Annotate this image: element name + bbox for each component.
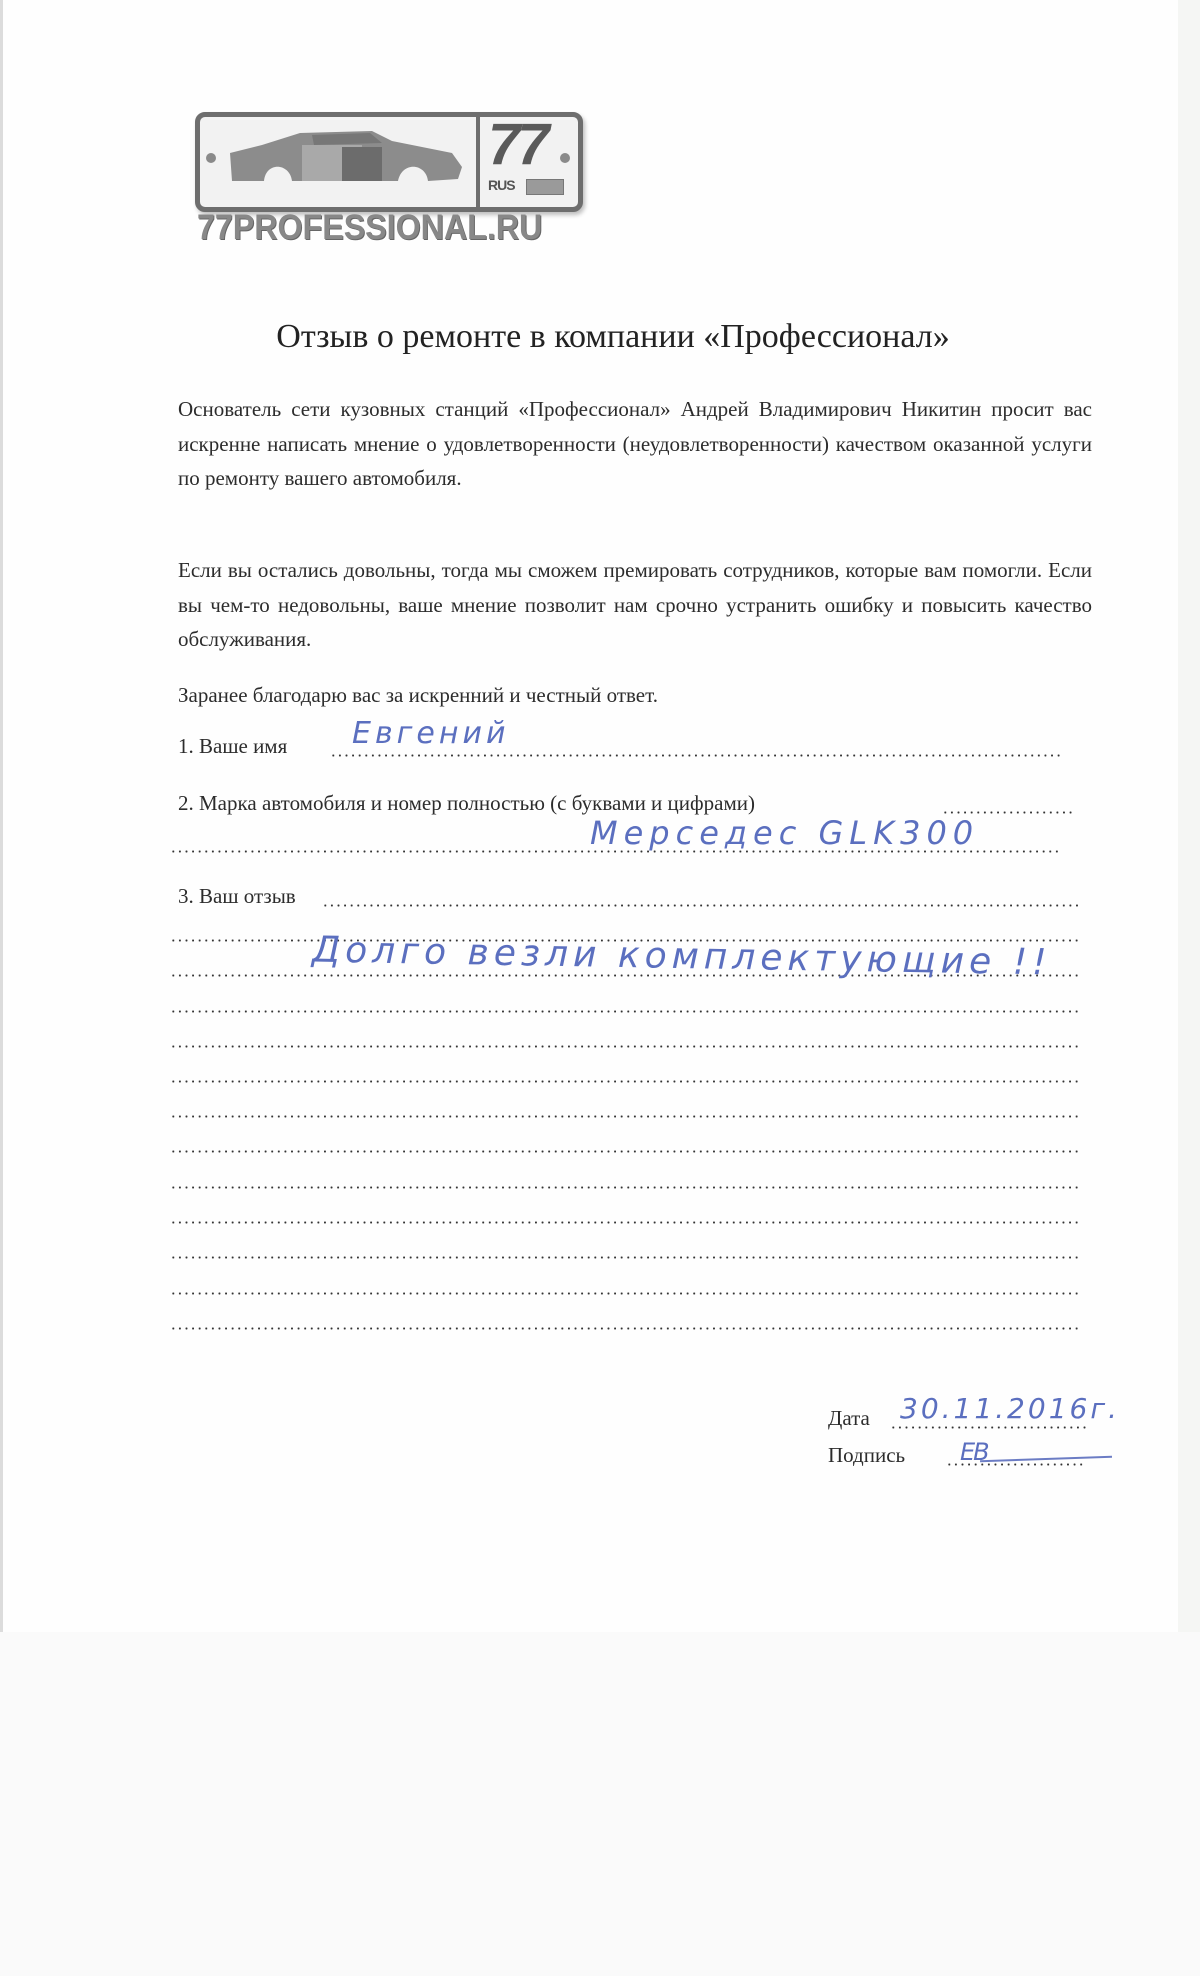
- review-field-dots: [322, 904, 1082, 907]
- name-label: 1. Ваше имя: [178, 734, 287, 759]
- date-handwritten-value: 30.11.2016г.: [900, 1392, 1120, 1425]
- plate-divider: [476, 117, 480, 207]
- logo-site-text: 77PROFESSIONAL.RU: [193, 208, 546, 248]
- plate-number: 77: [488, 111, 547, 178]
- document-title: Отзыв о ремонте в компании «Профессионал…: [0, 318, 1200, 356]
- review-line-5: [170, 1080, 1082, 1083]
- plate-bolt-icon: [206, 153, 216, 163]
- signature-handwritten: ЕВ: [960, 1438, 988, 1466]
- review-line-8: [170, 1186, 1082, 1189]
- plate-bolt-icon: [560, 153, 570, 163]
- plate-region: RUS: [488, 177, 515, 193]
- name-field-dots: [330, 754, 1062, 757]
- review-line-11: [170, 1292, 1082, 1295]
- motivation-paragraph: Если вы остались довольны, тогда мы смож…: [178, 553, 1092, 657]
- license-plate-logo: 77 RUS: [195, 112, 583, 212]
- car-silhouette-icon: [222, 123, 472, 195]
- car-handwritten-value: Мерседес GLK300: [590, 814, 979, 852]
- review-line-10: [170, 1256, 1082, 1259]
- name-handwritten-value: Евгений: [352, 716, 509, 751]
- review-line-4: [170, 1045, 1082, 1048]
- review-line-3: [170, 1010, 1082, 1013]
- review-line-12: [170, 1327, 1082, 1330]
- signature-label: Подпись: [828, 1443, 905, 1468]
- date-field-dots: [890, 1426, 1088, 1429]
- intro-paragraph: Основатель сети кузовных станций «Профес…: [178, 392, 1092, 496]
- car-label: 2. Марка автомобиля и номер полностью (с…: [178, 791, 755, 816]
- thanks-paragraph: Заранее благодарю вас за искренний и чес…: [178, 678, 1092, 713]
- company-logo: 77 RUS 77PROFESSIONAL.RU: [193, 112, 583, 252]
- review-line-9: [170, 1221, 1082, 1224]
- page-edge: [1178, 0, 1200, 1632]
- review-label: 3. Ваш отзыв: [178, 884, 296, 909]
- review-line-7: [170, 1150, 1082, 1153]
- date-label: Дата: [828, 1406, 870, 1431]
- flag-icon: [526, 179, 564, 195]
- review-line-6: [170, 1115, 1082, 1118]
